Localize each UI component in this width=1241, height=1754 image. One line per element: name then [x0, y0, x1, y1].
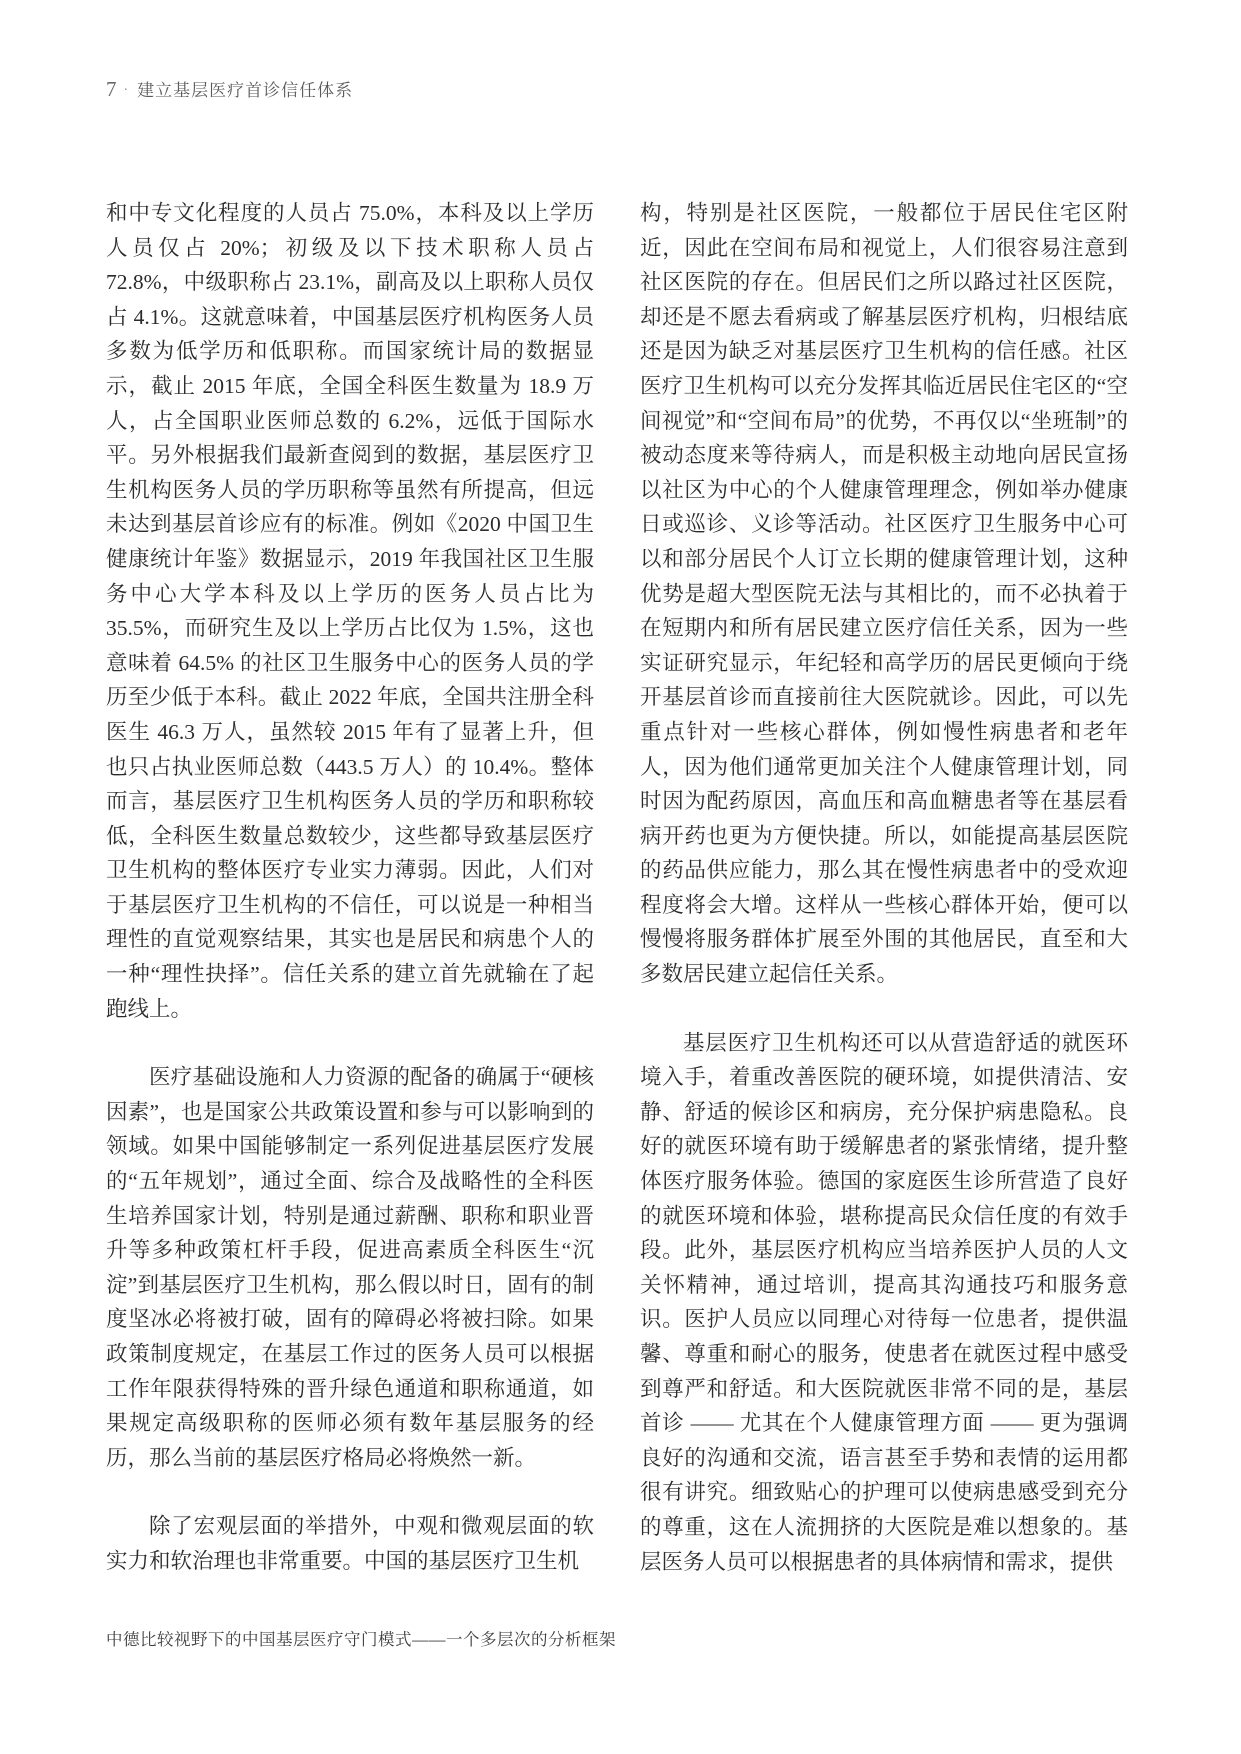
- running-footer: 中德比较视野下的中国基层医疗守门模式——一个多层次的分析框架: [106, 1626, 616, 1650]
- header-separator-dot: ·: [124, 83, 130, 98]
- running-header: 7·建立基层医疗首诊信任体系: [106, 76, 353, 102]
- paragraph: 和中专文化程度的人员占 75.0%，本科及以上学历人员仅占 20%；初级及以下技…: [106, 196, 594, 1026]
- two-column-text-block: 和中专文化程度的人员占 75.0%，本科及以上学历人员仅占 20%；初级及以下技…: [106, 196, 1128, 1579]
- paragraph: 除了宏观层面的举措外，中观和微观层面的软实力和软治理也非常重要。中国的基层医疗卫…: [106, 1509, 594, 1578]
- paragraph: 医疗基础设施和人力资源的配备的确属于“硬核因素”，也是国家公共政策设置和参与可以…: [106, 1060, 594, 1475]
- page-number: 7: [106, 77, 118, 101]
- right-text-column: 构，特别是社区医院，一般都位于居民住宅区附近，因此在空间布局和视觉上，人们很容易…: [640, 196, 1128, 1579]
- paragraph: 基层医疗卫生机构还可以从营造舒适的就医环境入手，着重改善医院的硬环境，如提供清洁…: [640, 1026, 1128, 1580]
- chapter-title: 建立基层医疗首诊信任体系: [137, 81, 353, 100]
- left-text-column: 和中专文化程度的人员占 75.0%，本科及以上学历人员仅占 20%；初级及以下技…: [106, 196, 594, 1579]
- document-page: 7·建立基层医疗首诊信任体系 和中专文化程度的人员占 75.0%，本科及以上学历…: [0, 0, 1241, 1754]
- paragraph: 构，特别是社区医院，一般都位于居民住宅区附近，因此在空间布局和视觉上，人们很容易…: [640, 196, 1128, 992]
